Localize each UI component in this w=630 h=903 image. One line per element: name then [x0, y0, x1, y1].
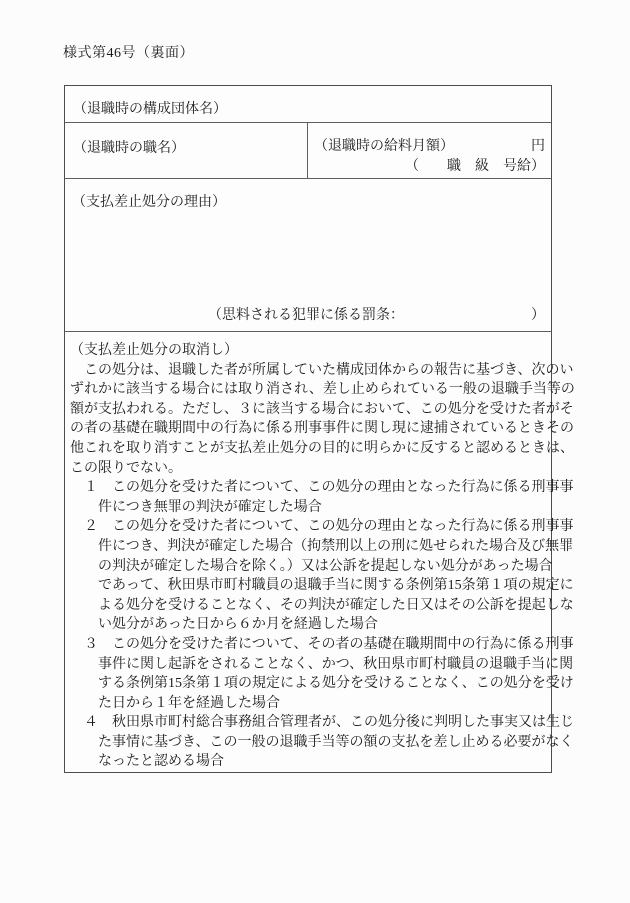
- row-position-salary: （退職時の職名） （退職時の給料月額） 円 （ 職 級 号給）: [65, 123, 551, 179]
- cancellation-item-2-line: い処分があった日から６か月を経過した場合: [70, 615, 545, 635]
- cell-monthly-salary: （退職時の給料月額） 円 （ 職 級 号給）: [308, 123, 551, 178]
- yen-unit-label: 円: [531, 137, 545, 157]
- row-cancellation-terms: （支払差止処分の取消し） この処分は、退職した者が所属していた構成団体からの報告…: [65, 332, 551, 772]
- cancellation-heading: （支払差止処分の取消し）: [70, 341, 545, 361]
- penal-clause-blank: [404, 304, 531, 324]
- penal-clause-label: （思料される犯罪に係る罰条：: [208, 304, 404, 324]
- cancellation-item-2-line: 件につき、判決が確定した場合（拘禁刑以上の刑に処せられた場合及び無罪: [70, 537, 545, 557]
- cancellation-text-line: この限りでない。: [70, 459, 545, 479]
- cell-position-title: （退職時の職名）: [65, 123, 308, 178]
- cancellation-item-4-line: ４ 秋田県市町村総合事務組合管理者が、この処分後に判明した事実又は生じ: [70, 713, 545, 733]
- cancellation-text-line: の者の基礎在職期間中の行為に係る刑事事件に関し現に逮捕されているときその: [70, 419, 545, 439]
- cancellation-item-1-line: １ この処分を受けた者について、この処分の理由となった行為に係る刑事事: [70, 478, 545, 498]
- payment-suspension-form-table: （退職時の構成団体名） （退職時の職名） （退職時の給料月額） 円 （ 職 級 …: [64, 85, 552, 773]
- cancellation-item-2-line: ２ この処分を受けた者について、この処分の理由となった行為に係る刑事事: [70, 517, 545, 537]
- penal-clause-close-paren: ）: [531, 304, 545, 324]
- cancellation-item-1-line: 件につき無罪の判決が確定した場合: [70, 498, 545, 518]
- cancellation-item-2-line: であって、秋田県市町村職員の退職手当に関する条例第15条第１項の規定に: [70, 576, 545, 596]
- blank-fill-in-area: [72, 211, 545, 304]
- cancellation-item-3-line: た日から１年を経過した場合: [70, 694, 545, 714]
- cancellation-item-4-line: なったと認める場合: [70, 752, 545, 772]
- cancellation-item-3-line: する条例第15条第１項の規定による処分を受けることなく、この処分を受け: [70, 674, 545, 694]
- position-title-label: （退職時の職名）: [73, 137, 299, 157]
- penal-clause-line: （思料される犯罪に係る罰条： ）: [208, 304, 545, 324]
- salary-grade-line: （ 職 級 号給）: [314, 157, 545, 177]
- salary-amount-line: （退職時の給料月額） 円: [314, 137, 545, 157]
- row-organization: （退職時の構成団体名）: [65, 86, 551, 123]
- cancellation-item-4-line: た事情に基づき、この一般の退職手当等の額の支払を差し止める必要がなく: [70, 733, 545, 753]
- form-number-title: 様式第46号（裏面）: [63, 42, 194, 62]
- row-suspension-reason: （支払差止処分の理由） （思料される犯罪に係る罰条： ）: [65, 179, 551, 332]
- cancellation-text-line: ずれかに該当する場合には取り消され、差し止められている一般の退職手当等の: [70, 380, 545, 400]
- cancellation-text-line: 額が支払われる。ただし、３に該当する場合において、この処分を受けた者がそ: [70, 400, 545, 420]
- suspension-reason-label: （支払差止処分の理由）: [72, 191, 545, 211]
- cancellation-text-line: 他これを取り消すことが支払差止処分の目的に明らかに反すると認めるときは、: [70, 439, 545, 459]
- monthly-salary-label: （退職時の給料月額）: [314, 137, 454, 157]
- cancellation-text-line: この処分は、退職した者が所属していた構成団体からの報告に基づき、次のい: [70, 361, 545, 381]
- cancellation-item-2-line: よる処分を受けることなく、その判決が確定した日又はその公訴を提起しな: [70, 596, 545, 616]
- cancellation-item-3-line: 事件に関し起訴をされることなく、かつ、秋田県市町村職員の退職手当に関: [70, 655, 545, 675]
- cancellation-item-3-line: ３ この処分を受けた者について、その者の基礎在職期間中の行為に係る刑事: [70, 635, 545, 655]
- scanned-form-page: { "page": { "title": "様式第46号（裏面）" }, "fo…: [0, 0, 630, 903]
- cancellation-item-2-line: の判決が確定した場合を除く。）又は公訴を提起しない処分があった場合: [70, 557, 545, 577]
- organization-name-label: （退職時の構成団体名）: [73, 98, 543, 118]
